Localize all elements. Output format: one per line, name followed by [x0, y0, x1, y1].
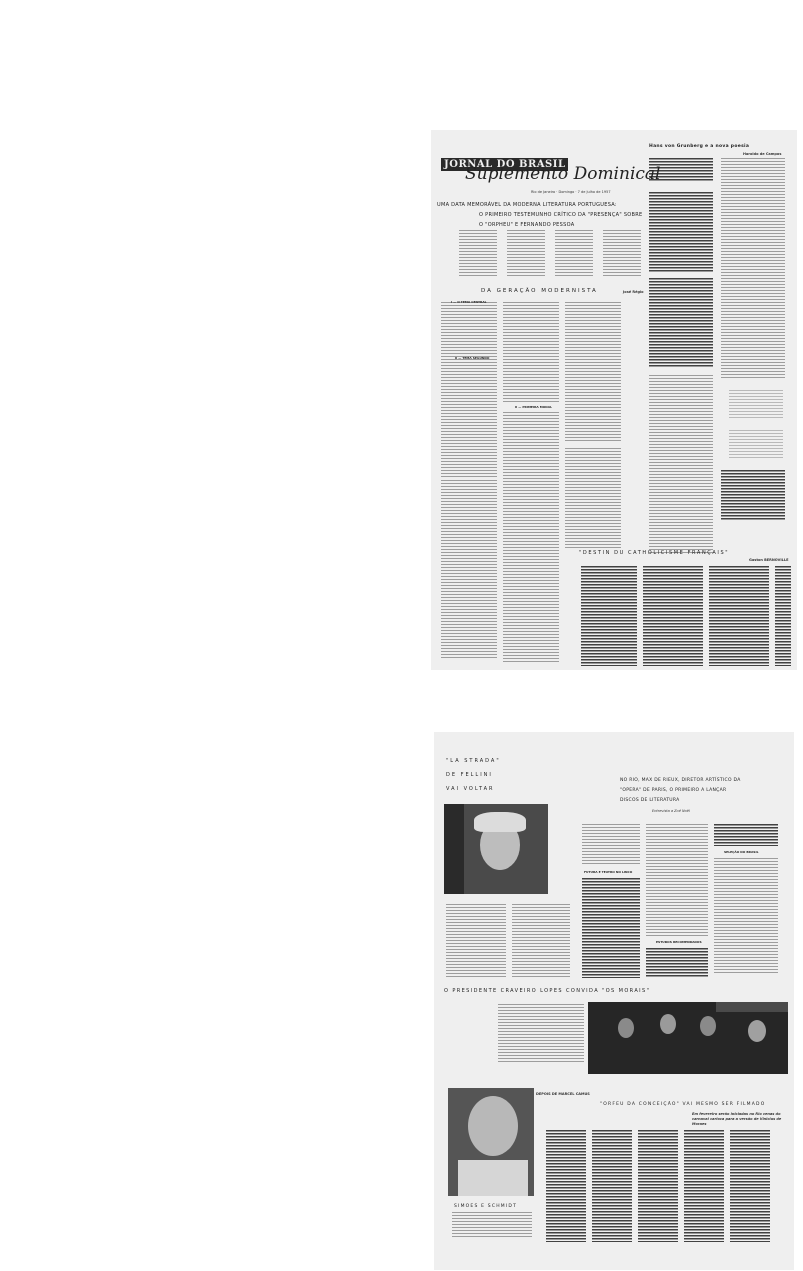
text-column	[730, 1130, 770, 1242]
text-column	[709, 566, 769, 666]
right-article-byline: Haroldo de Campos	[743, 152, 781, 156]
text-column	[729, 430, 783, 460]
fellini-photo	[444, 804, 548, 894]
text-column	[582, 824, 640, 864]
text-column	[503, 412, 559, 662]
text-column	[546, 1130, 586, 1242]
text-column	[721, 158, 785, 378]
supplement-title: Suplemento Dominical	[465, 164, 660, 184]
strada-headline-line1: "LA STRADA"	[446, 758, 501, 764]
text-column	[582, 878, 640, 978]
rieux-subhead: ESTUDOS RECOMENDADOS	[656, 940, 702, 944]
text-column	[446, 904, 506, 978]
text-column	[649, 158, 713, 182]
photo-face	[700, 1016, 716, 1036]
photo-shirt	[458, 1160, 528, 1196]
orfeu-deck: Em fevereiro serão iniciadas no Rio cena…	[692, 1112, 788, 1127]
rieux-subhead: FUTURA E TEATRO NO LINCO	[584, 870, 632, 874]
text-column	[565, 448, 621, 548]
text-column	[649, 192, 713, 272]
orfeu-headline: "ORFEU DA CONCEIÇÃO" VAI MESMO SER FILMA…	[600, 1102, 765, 1107]
text-column	[581, 566, 637, 666]
text-column	[649, 278, 713, 368]
orfeu-kicker: DEPOIS DE MARCEL CAMUS	[536, 1092, 590, 1096]
strada-headline-line3: VAI VOLTAR	[446, 786, 495, 792]
text-column	[565, 302, 621, 442]
photo-hair	[474, 812, 526, 832]
text-column	[603, 230, 641, 276]
text-column	[646, 824, 708, 936]
strada-headline-line2: DE FELLINI	[446, 772, 493, 778]
main-headline-line3: O "ORPHEU" E FERNANDO PESSOA	[479, 222, 574, 228]
section-byline: José Régio	[623, 290, 644, 294]
text-column	[775, 566, 791, 666]
text-column	[507, 230, 545, 276]
dateline: Rio de Janeiro · Domingo · 7 de Julho de…	[531, 190, 611, 194]
subhead: I — O TEMA CENTRAL	[451, 300, 487, 304]
os-morais-group-photo	[588, 1002, 788, 1074]
text-column	[555, 230, 593, 276]
subhead: II — TEMA SEGUNDO	[455, 356, 489, 360]
text-column	[643, 566, 703, 666]
text-column	[452, 1212, 532, 1238]
text-column	[721, 470, 785, 520]
main-headline-line1: UMA DATA MEMORÁVEL DA MODERNA LITERATURA…	[437, 202, 617, 208]
photo-face	[618, 1018, 634, 1038]
text-column	[646, 948, 708, 978]
text-column	[638, 1130, 678, 1242]
text-column	[512, 904, 570, 978]
text-column	[503, 302, 559, 402]
photo-face	[468, 1096, 518, 1156]
rieux-interview-credit: Entrevista a Zoé Noël	[652, 809, 690, 813]
text-column	[498, 1004, 584, 1064]
bottom-headline: "DESTIN DU CATHOLICISME FRANÇAIS"	[579, 550, 729, 556]
newspaper-page-1: JORNAL DO BRASIL Suplemento Dominical Ri…	[431, 130, 797, 670]
photo-face	[748, 1020, 766, 1042]
text-column	[729, 390, 783, 420]
photo-shadow	[444, 804, 464, 894]
photo-face	[660, 1014, 676, 1034]
rieux-headline-line1: NO RIO, MAX DE RIEUX, DIRETOR ARTÍSTICO …	[620, 778, 741, 783]
photo-caption: SIMOES E SCHMIDT	[454, 1204, 517, 1209]
section-headline: DA GERAÇÃO MODERNISTA	[481, 288, 598, 294]
text-column	[649, 375, 713, 555]
text-column	[684, 1130, 724, 1242]
subhead: II — PRIMEIRA MODAL	[515, 405, 552, 409]
president-headline: O PRESIDENTE CRAVEIRO LOPES CONVIDA "OS …	[444, 988, 650, 994]
text-column	[714, 824, 778, 846]
bottom-byline: Gaston BERNOVILLE	[749, 558, 789, 562]
photo-background	[716, 1002, 788, 1012]
text-column	[441, 302, 497, 477]
right-article-title: Hans von Grunberg e a nova poesia	[649, 144, 749, 149]
text-column	[714, 858, 778, 974]
text-column	[441, 480, 497, 660]
newspaper-page-2: "LA STRADA" DE FELLINI VAI VOLTAR NO RIO…	[434, 732, 794, 1270]
rieux-subhead: SELEÇÃO DO BRASIL	[724, 850, 758, 854]
text-column	[459, 230, 497, 276]
text-column	[592, 1130, 632, 1242]
portrait-photo	[448, 1088, 534, 1196]
rieux-headline-line2: "OPERA" DE PARIS, O PRIMEIRO A LANÇAR	[620, 788, 726, 793]
main-headline-line2: O PRIMEIRO TESTEMUNHO CRÍTICO DA "PRESEN…	[479, 212, 643, 218]
rieux-headline-line3: DISCOS DE LITERATURA	[620, 798, 680, 803]
